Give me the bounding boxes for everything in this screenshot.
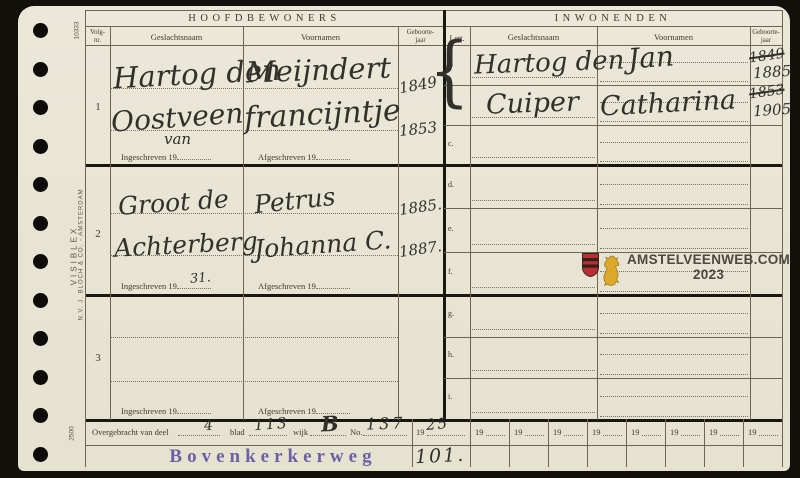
writing-line	[472, 200, 595, 201]
left-table-title: HOOFDBEWONERS	[85, 13, 444, 24]
col-header-geboortejaar-right-line2: jaar	[750, 37, 782, 45]
watermark: AMSTELVEENWEB.COM 2023	[581, 252, 790, 288]
printer-code-top: 10333	[74, 21, 81, 39]
row-letter: i.	[448, 392, 452, 401]
col-header-geboortejaar-right-line1: Geboorte-	[750, 29, 782, 37]
writing-line	[600, 142, 748, 143]
writing-line	[600, 396, 748, 397]
row-separator	[444, 337, 782, 338]
punch-hole	[33, 408, 48, 423]
row-letter: h.	[448, 350, 454, 359]
punch-hole	[33, 139, 48, 154]
hw-blad: 113	[254, 416, 290, 433]
col-header-volgnr: Volg- nr.	[85, 29, 110, 45]
dotted-leader	[525, 428, 544, 436]
col-header-voornamen-right: Voornamen	[597, 32, 750, 42]
hw-surname-prefix: van	[164, 132, 191, 147]
writing-line	[600, 248, 748, 249]
year-cell-label: 19	[670, 427, 679, 437]
afgeschreven-text: Afgeschreven 19	[258, 152, 316, 162]
section-divider	[85, 164, 782, 167]
hw-house-number: 101.	[415, 446, 466, 468]
rule	[665, 419, 666, 467]
dotted-leader	[681, 428, 700, 436]
hw-birthyear-struck: 1853	[748, 83, 785, 102]
col-header-geslachtsnaam-left: Geslachtsnaam	[110, 32, 243, 42]
row-letter: g.	[448, 309, 454, 318]
year-cell-label: 19	[631, 427, 640, 437]
writing-line	[472, 244, 595, 245]
writing-line	[600, 333, 748, 334]
street-stamp: Bovenkerkerweg	[138, 446, 408, 468]
wijk-label: wijk	[293, 427, 308, 437]
punch-hole	[33, 23, 48, 38]
section-number: 3	[88, 352, 108, 364]
row-separator	[444, 125, 782, 126]
hw-surname: Cuiper	[486, 88, 580, 118]
hw-firstname: francijntje	[243, 96, 401, 134]
row-letter: d.	[448, 180, 454, 189]
hw-ingeschreven-year: 31.	[189, 271, 211, 286]
blad-label: blad	[230, 427, 245, 437]
dotted-leader	[177, 406, 211, 414]
hw-wijk: B	[320, 413, 339, 435]
rule	[509, 419, 510, 467]
hw-firstname: Meijndert	[246, 53, 392, 87]
year-cell-label: 19	[475, 427, 484, 437]
hw-surname: Hartog den	[474, 47, 625, 78]
afgeschreven-label: Afgeschreven 19	[258, 152, 350, 162]
writing-line	[600, 228, 748, 229]
section-divider	[85, 294, 782, 297]
printer-code-bottom: 2500	[69, 426, 76, 440]
dotted-leader	[642, 428, 661, 436]
punch-hole	[33, 177, 48, 192]
no-label: No.	[350, 427, 363, 437]
ingeschreven-label: Ingeschreven 19	[121, 152, 211, 162]
rule	[548, 419, 549, 467]
dotted-leader	[603, 428, 622, 436]
hw-no: 137	[366, 415, 406, 432]
hw-firstname: Johanna C.	[253, 227, 392, 262]
hw-birthyear: 1905	[753, 102, 792, 120]
hw-birthyear: 1885	[753, 64, 792, 82]
writing-line	[600, 416, 748, 417]
hw-birthyear: 1853	[398, 120, 438, 139]
watermark-year: 2023	[627, 267, 790, 282]
col-header-geslachtsnaam-right: Geslachtsnaam	[470, 32, 597, 42]
year-cell-label: 19	[709, 427, 718, 437]
year-cell-label: 19	[592, 427, 601, 437]
hw-year-value: 25	[425, 416, 449, 433]
row-letter: e.	[448, 224, 454, 233]
hw-birthyear: 1885.	[398, 197, 443, 218]
col-header-geboortejaar-right: Geboorte- jaar	[750, 29, 782, 45]
visiblex-brand: VISIBLEX	[70, 191, 79, 321]
amstelveen-coat-of-arms-icon	[581, 252, 600, 278]
ingeschreven-text: Ingeschreven 19	[121, 406, 177, 416]
dotted-leader	[177, 152, 211, 160]
dotted-leader	[720, 428, 739, 436]
writing-line	[600, 291, 748, 292]
lion-icon	[601, 254, 623, 288]
dotted-leader	[178, 428, 220, 436]
year-cell-label: 19	[553, 427, 562, 437]
section-number: 2	[88, 228, 108, 240]
dotted-leader	[564, 428, 583, 436]
hw-birthyear: 1887.	[398, 239, 443, 260]
col-header-voornamen-left: Voornamen	[243, 32, 398, 42]
rule	[626, 419, 627, 467]
writing-line	[600, 313, 748, 314]
writing-line	[600, 354, 748, 355]
col-header-volgnr-line1: Volg-	[85, 29, 110, 37]
row-letter: c.	[448, 139, 454, 148]
register-card: 10333 VISIBLEX N.V. J. BLOCH & CO. - AMS…	[18, 6, 790, 471]
section-number: 1	[88, 101, 108, 113]
punch-hole	[33, 370, 48, 385]
year-cell-label: 19	[416, 427, 425, 437]
printer-name: N.V. J. BLOCH & CO. - AMSTERDAM	[79, 191, 85, 321]
hw-surname: Groot de	[117, 186, 229, 219]
row-separator	[444, 208, 782, 209]
punch-hole	[33, 254, 48, 269]
afgeschreven-label: Afgeschreven 19	[258, 281, 350, 291]
punch-hole	[33, 293, 48, 308]
ingeschreven-text: Ingeschreven 19	[121, 281, 177, 291]
hw-deel: 4	[203, 419, 213, 434]
dotted-leader	[759, 428, 778, 436]
watermark-site: AMSTELVEENWEB.COM	[627, 252, 790, 267]
dotted-leader	[316, 281, 350, 289]
right-table-title: INWONENDEN	[444, 13, 782, 24]
writing-line	[600, 204, 748, 205]
rule	[85, 10, 86, 467]
writing-line	[110, 381, 398, 382]
col-header-volgnr-line2: nr.	[85, 37, 110, 45]
hw-firstname: Jan	[627, 42, 675, 73]
writing-line	[600, 374, 748, 375]
writing-line	[472, 287, 595, 288]
hw-firstname: Catharina	[599, 86, 736, 120]
writing-line	[472, 412, 595, 413]
rule	[85, 10, 782, 11]
row-separator	[444, 378, 782, 379]
ingeschreven-label: Ingeschreven 19	[121, 406, 211, 416]
rule	[110, 26, 111, 420]
row-letter: f.	[448, 267, 453, 276]
punch-hole	[33, 331, 48, 346]
punch-hole	[33, 447, 48, 462]
watermark-text-block: AMSTELVEENWEB.COM 2023	[627, 252, 790, 282]
dotted-leader	[316, 152, 350, 160]
hw-surname: Achterberg	[113, 228, 258, 260]
printer-imprint: VISIBLEX N.V. J. BLOCH & CO. - AMSTERDAM	[70, 191, 85, 321]
rule	[587, 419, 588, 467]
rule	[412, 419, 413, 467]
year-cell-label: 19	[748, 427, 757, 437]
writing-line	[472, 370, 595, 371]
overgebracht-label: Overgebracht van deel	[92, 427, 169, 437]
writing-line	[600, 81, 748, 82]
writing-line	[600, 161, 748, 162]
afgeschreven-text: Afgeschreven 19	[258, 281, 316, 291]
ingeschreven-text: Ingeschreven 19	[121, 152, 177, 162]
rule	[743, 419, 744, 467]
rule	[704, 419, 705, 467]
punch-hole	[33, 100, 48, 115]
writing-line	[110, 337, 398, 338]
year-cell-label: 19	[514, 427, 523, 437]
dotted-leader	[486, 428, 505, 436]
punch-hole	[33, 62, 48, 77]
punch-hole	[33, 216, 48, 231]
writing-line	[600, 184, 748, 185]
hw-brace: {	[429, 34, 470, 111]
rule	[470, 419, 471, 467]
writing-line	[472, 329, 595, 330]
writing-line	[472, 157, 595, 158]
